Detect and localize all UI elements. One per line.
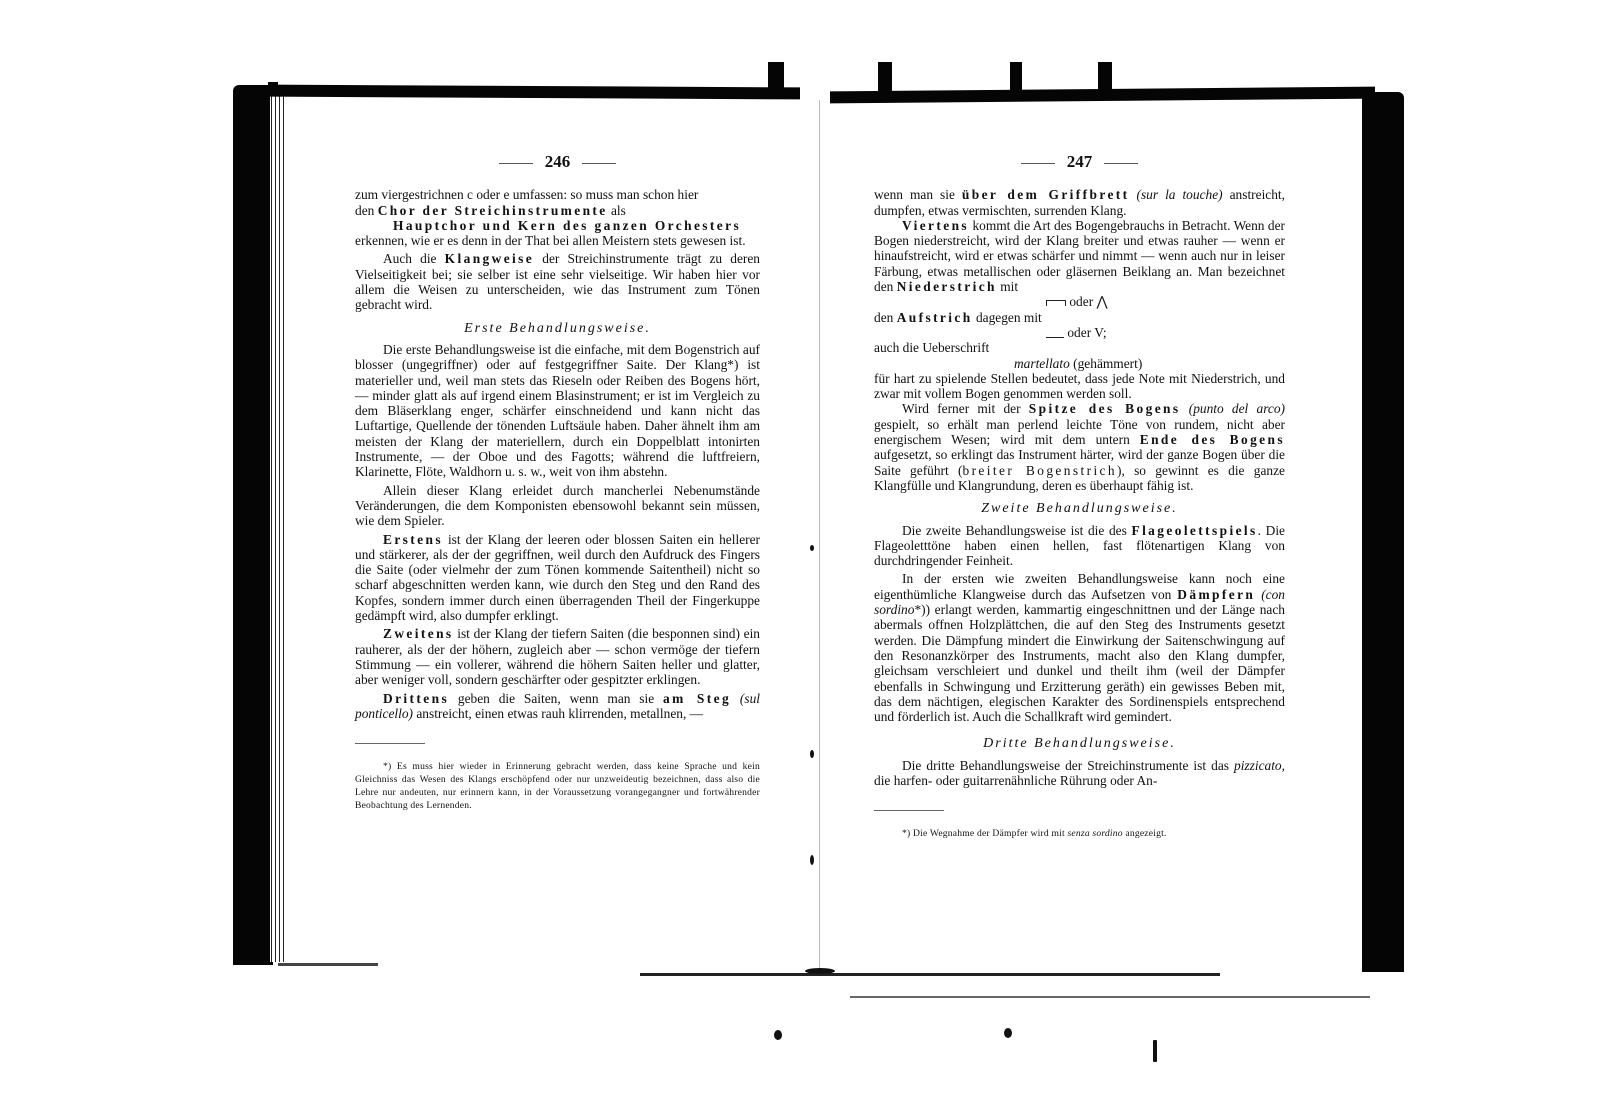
scan-speck (810, 545, 814, 551)
paragraph: den Aufstrich dagegen mit (874, 310, 1285, 325)
footnote-divider (874, 810, 944, 811)
upbow-icon (1046, 330, 1064, 338)
book-bottom-edge (850, 996, 1370, 998)
clip-mark (1010, 62, 1022, 98)
section-heading: Dritte Behandlungsweise. (874, 736, 1285, 751)
paragraph: zum viergestrichnen c oder e umfassen: s… (355, 187, 760, 202)
section-heading: Erste Behandlungsweise. (355, 321, 760, 336)
footnote-divider (355, 743, 425, 744)
clip-mark (878, 62, 892, 98)
paragraph: wenn man sie über dem Griffbrett (sur la… (874, 187, 1285, 218)
book-cover-left-edge (233, 85, 273, 965)
paragraph: Die zweite Behandlungsweise ist die des … (874, 523, 1285, 569)
emphasized-line: Hauptchor und Kern des ganzen Orchesters (355, 218, 760, 233)
book-gutter (819, 100, 820, 970)
section-heading: Zweite Behandlungsweise. (874, 501, 1285, 516)
left-page: 246 zum viergestrichnen c oder e umfasse… (355, 150, 760, 812)
right-page: 247 wenn man sie über dem Griffbrett (su… (874, 150, 1285, 840)
clip-mark (768, 62, 784, 98)
book-cover-right-edge (1362, 92, 1404, 972)
scan-speck (810, 855, 814, 865)
downbow-icon (1046, 300, 1066, 306)
footnote: *) Die Wegnahme der Dämpfer wird mit sen… (874, 827, 1285, 840)
paragraph: Die dritte Behandlungsweise der Streichi… (874, 758, 1285, 789)
scan-speck (1153, 1040, 1157, 1062)
paragraph: Auch die Klangweise der Streichinstrumen… (355, 251, 760, 312)
page-number-right: 247 (874, 154, 1285, 169)
upbow-marks: oder V; (874, 325, 1285, 340)
clip-mark (1098, 62, 1112, 98)
paragraph: Erstens ist der Klang der leeren oder bl… (355, 532, 760, 624)
downbow-marks: oder ⋀ (874, 294, 1285, 309)
footnote: *) Es muss hier wieder in Erinnerung geb… (355, 760, 760, 812)
book-top-edge-left (270, 85, 800, 100)
scan-speck (774, 1030, 782, 1040)
page-number-left: 246 (355, 154, 760, 169)
paragraph: Drittens geben die Saiten, wenn man sie … (355, 691, 760, 722)
paragraph: auch die Ueberschrift (874, 340, 1285, 355)
paragraph: Wird ferner mit der Spitze des Bogens (p… (874, 401, 1285, 493)
martellato-line: martellato (gehämmert) (874, 356, 1285, 371)
book-bottom-edge (278, 963, 378, 966)
binding-mark (805, 968, 835, 974)
paragraph: erkennen, wie er es denn in der That bei… (355, 233, 760, 248)
book-bottom-edge (640, 973, 1220, 976)
paragraph: Zweitens ist der Klang der tiefern Saite… (355, 626, 760, 687)
paragraph: für hart zu spielende Stellen bedeutet, … (874, 371, 1285, 402)
scan-speck (810, 750, 814, 758)
paragraph: In der ersten wie zweiten Behandlungswei… (874, 571, 1285, 724)
scan-speck (1004, 1028, 1012, 1038)
page-stack-edge (270, 96, 284, 962)
paragraph: Die erste Behandlungsweise ist die einfa… (355, 342, 760, 480)
paragraph: Viertens kommt die Art des Bogengebrauch… (874, 218, 1285, 294)
paragraph: Allein dieser Klang erleidet durch manch… (355, 483, 760, 529)
paragraph: den Chor der Streichinstrumente als (355, 203, 760, 218)
